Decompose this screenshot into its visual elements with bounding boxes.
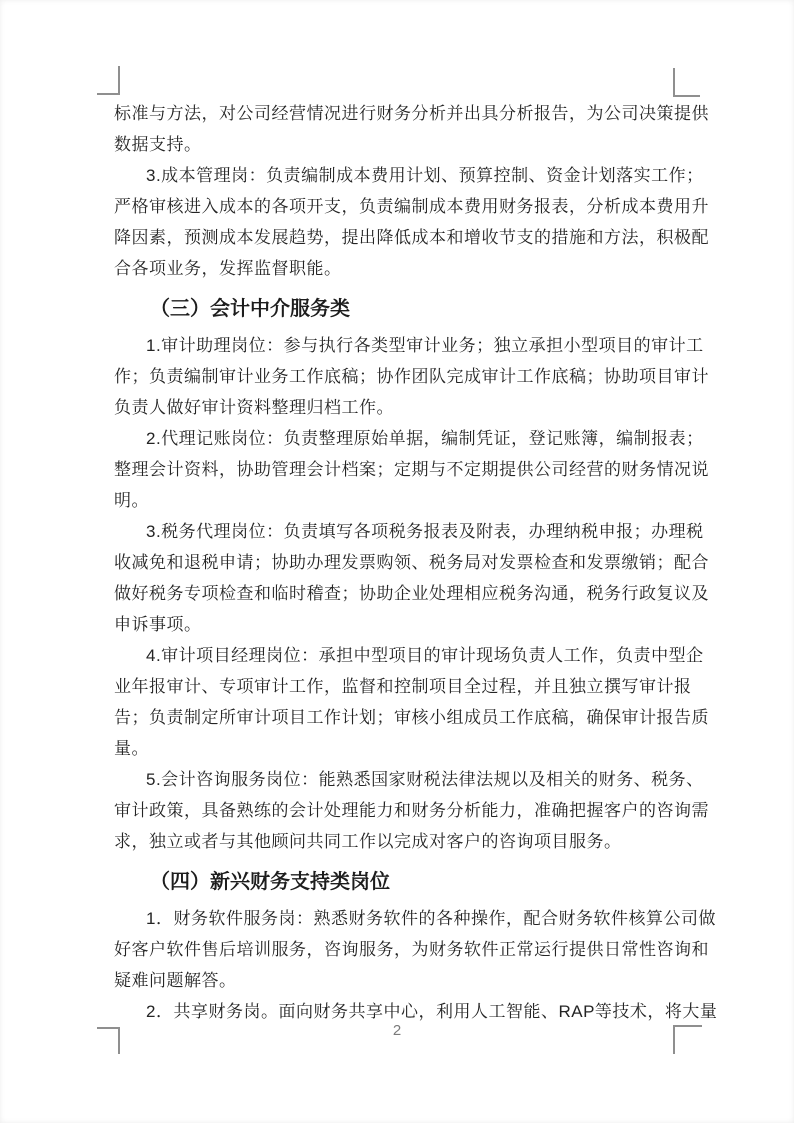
crop-mark-top-right-icon [673,68,700,97]
text-line: 明。 [114,485,686,516]
text-line: 3.税务代理岗位：负责填写各项税务报表及附表，办理纳税申报；办理税 [114,516,686,547]
section-heading: （四）新兴财务支持类岗位 [114,865,686,899]
section-heading: （三）会计中介服务类 [114,292,686,326]
text-line: 业年报审计、专项审计工作，监督和控制项目全过程，并且独立撰写审计报 [114,671,686,702]
text-line: 做好税务专项检查和临时稽查；协助企业处理相应税务沟通，税务行政复议及 [114,578,686,609]
text-line: 整理会计资料，协助管理会计档案；定期与不定期提供公司经营的财务情况说 [114,454,686,485]
text-line: 负责人做好审计资料整理归档工作。 [114,392,686,423]
page-number: 2 [0,1022,794,1039]
text-line: 3.成本管理岗：负责编制成本费用计划、预算控制、资金计划落实工作； [114,160,686,191]
crop-mark-top-left-icon [97,66,120,95]
text-line: 作；负责编制审计业务工作底稿；协作团队完成审计工作底稿；协助项目审计 [114,361,686,392]
text-line: 2.代理记账岗位：负责整理原始单据，编制凭证，登记账簿，编制报表； [114,423,686,454]
text-line: 好客户软件售后培训服务，咨询服务，为财务软件正常运行提供日常性咨询和 [114,934,686,965]
text-line: 严格审核进入成本的各项开支，负责编制成本费用财务报表，分析成本费用升 [114,191,686,222]
text-line: 1．财务软件服务岗：熟悉财务软件的各种操作，配合财务软件核算公司做 [114,903,686,934]
text-line: 疑难问题解答。 [114,965,686,996]
text-line: 申诉事项。 [114,609,686,640]
text-line: 量。 [114,733,686,764]
text-line: 求，独立或者与其他顾问共同工作以完成对客户的咨询项目服务。 [114,826,686,857]
text-line: 标准与方法，对公司经营情况进行财务分析并出具分析报告，为公司决策提供 [114,98,686,129]
text-line: 收减免和退税申请；协助办理发票购领、税务局对发票检查和发票缴销；配合 [114,547,686,578]
text-line: 数据支持。 [114,129,686,160]
text-line: 降因素，预测成本发展趋势，提出降低成本和增收节支的措施和方法，积极配 [114,222,686,253]
text-line: 5.会计咨询服务岗位：能熟悉国家财税法律法规以及相关的财务、税务、 [114,764,686,795]
document-body: 标准与方法，对公司经营情况进行财务分析并出具分析报告，为公司决策提供数据支持。3… [114,98,686,1027]
text-line: 合各项业务，发挥监督职能。 [114,253,686,284]
document-page: 标准与方法，对公司经营情况进行财务分析并出具分析报告，为公司决策提供数据支持。3… [0,0,794,1123]
text-line: 1.审计助理岗位：参与执行各类型审计业务；独立承担小型项目的审计工 [114,330,686,361]
text-line: 审计政策，具备熟练的会计处理能力和财务分析能力，准确把握客户的咨询需 [114,795,686,826]
text-line: 告；负责制定所审计项目工作计划；审核小组成员工作底稿，确保审计报告质 [114,702,686,733]
text-line: 4.审计项目经理岗位：承担中型项目的审计现场负责人工作，负责中型企 [114,640,686,671]
